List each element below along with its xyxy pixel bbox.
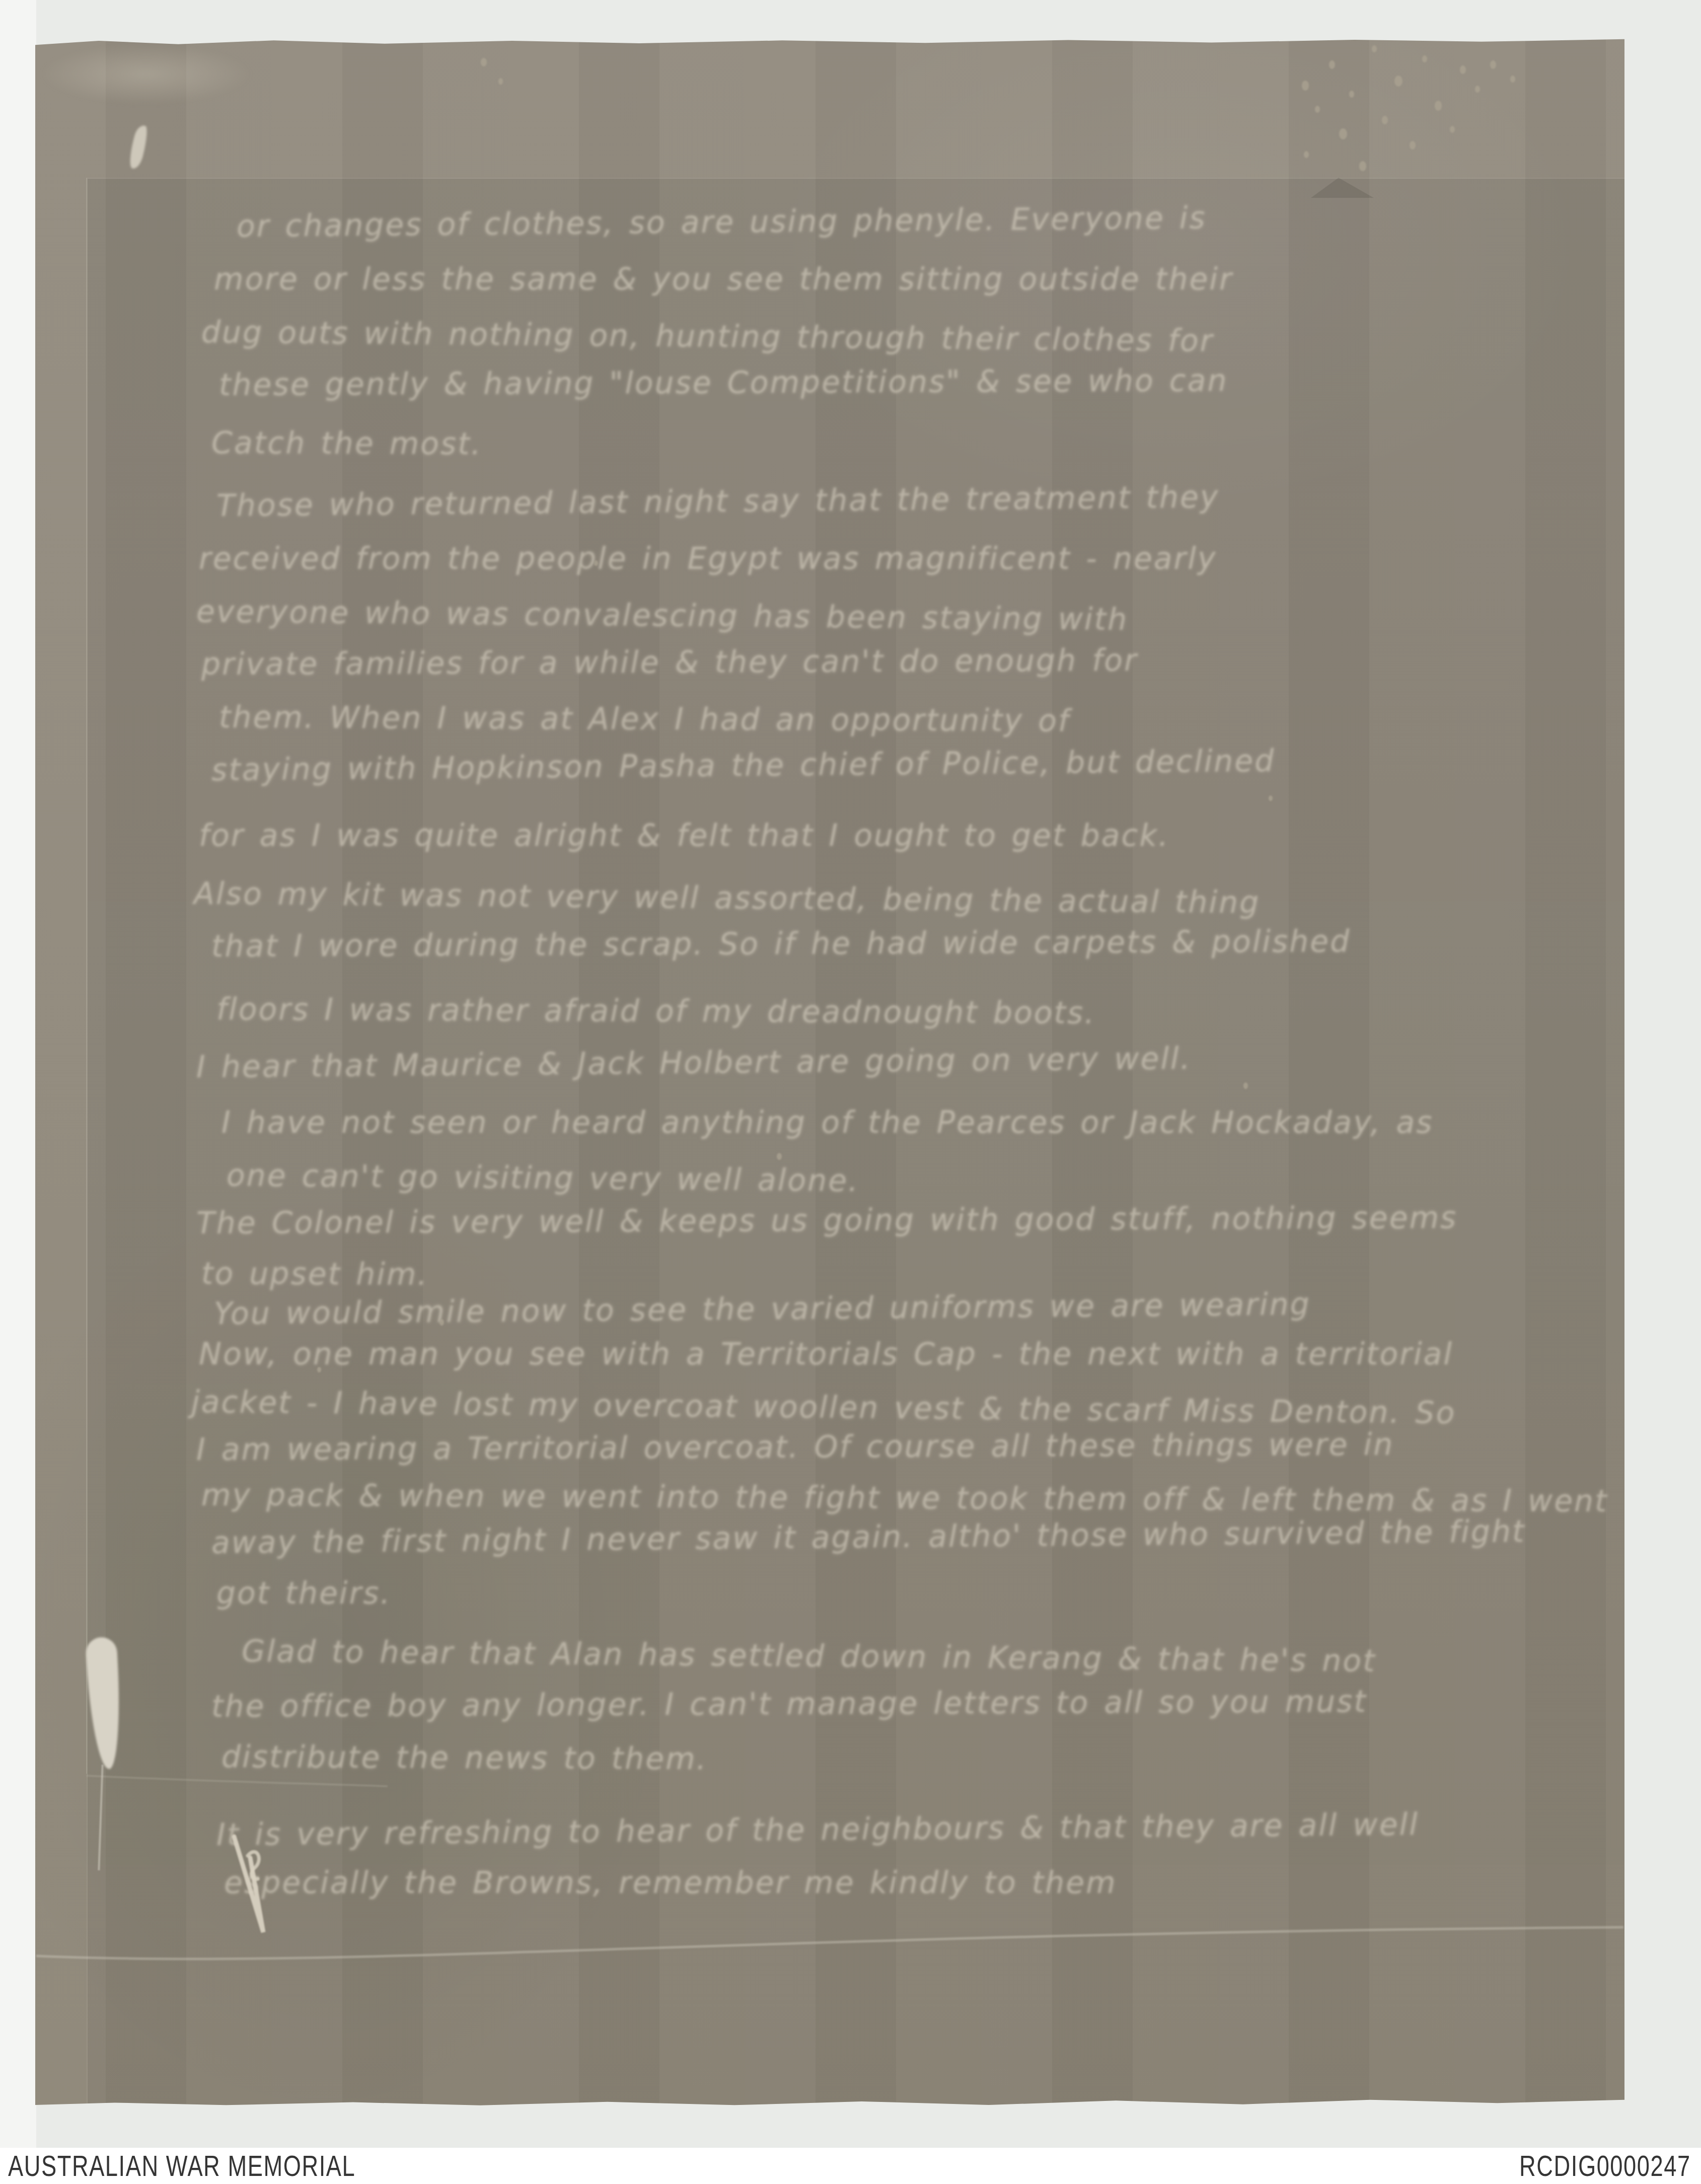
v-scratch-mark: [234, 1837, 263, 1932]
footer-bar: AUSTRALIAN WAR MEMORIAL RCDIG0000247: [0, 2148, 1701, 2184]
archive-name-label: AUSTRALIAN WAR MEMORIAL: [8, 2148, 355, 2184]
record-id-label: RCDIG0000247: [1519, 2148, 1691, 2184]
crease-line-secondary: [87, 1776, 388, 1786]
crease-line: [36, 1927, 1623, 1959]
scratch-and-crease-overlay: [0, 0, 1701, 2184]
